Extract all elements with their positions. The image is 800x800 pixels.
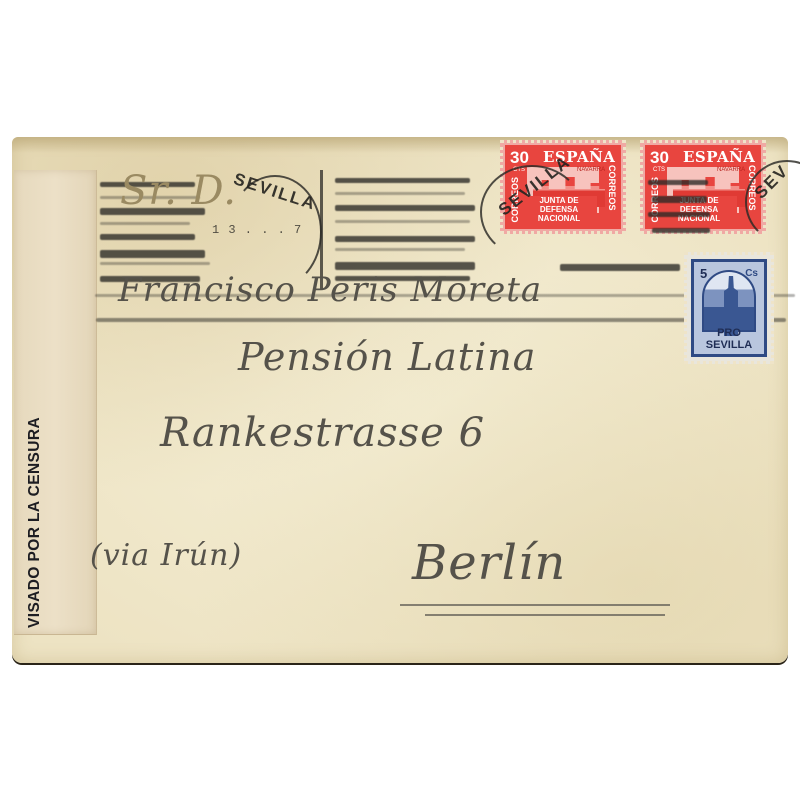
address-line2: Rankestrasse 6 [160, 410, 485, 456]
address-salutation: Sr. D. [120, 168, 237, 214]
address-city: Berlín [412, 535, 566, 591]
city-underline-2 [425, 614, 665, 616]
address-name: Francisco Peris Moreta [118, 270, 542, 310]
address-routing: (via Irún) [90, 538, 242, 573]
city-underline [400, 604, 670, 606]
address-line1: Pensión Latina [238, 335, 536, 379]
postmark-date: 1 3 . . . 7 [212, 223, 302, 237]
stamp-pro-sevilla-5cs: 5 Cs PRO SEVILLA [684, 252, 774, 364]
censor-text: VISADO POR LA CENSURA [26, 417, 44, 628]
